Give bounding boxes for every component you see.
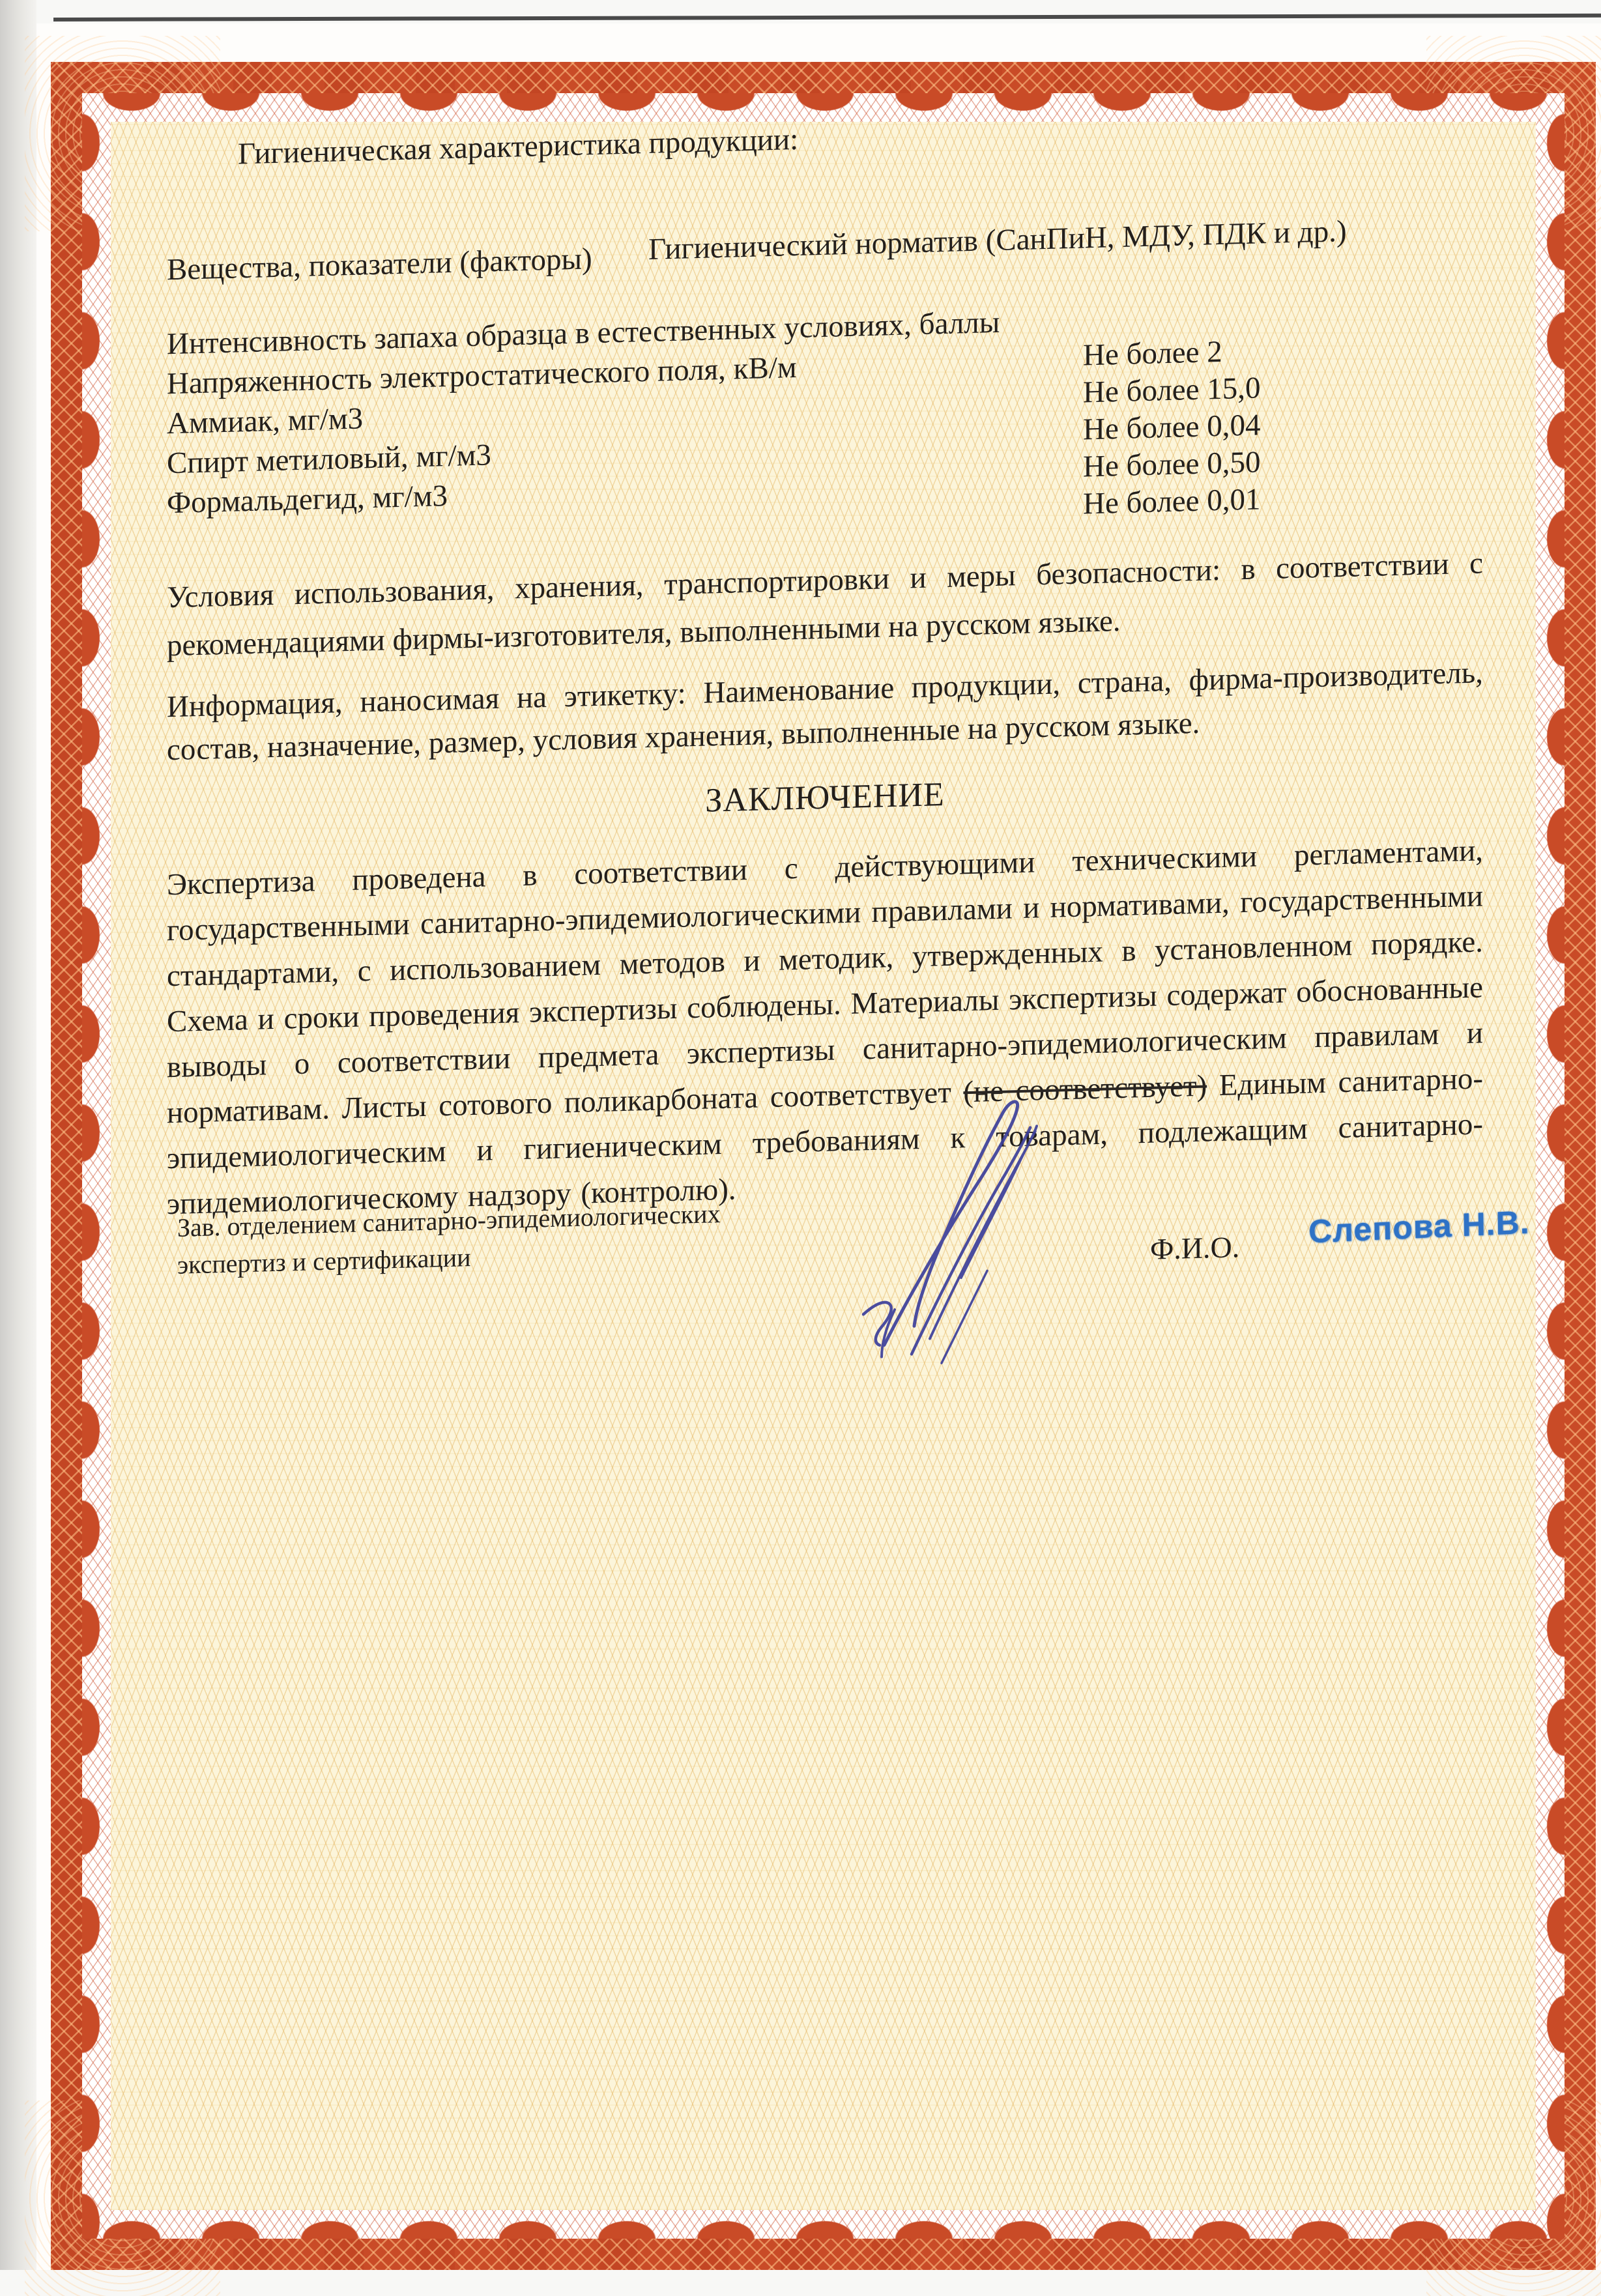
conclusion-paragraph: Экспертиза проведена в соответствии с де…: [167, 827, 1483, 1227]
norm-value: Не более 2: [1083, 332, 1261, 374]
printed-content: Гигиеническая характеристика продукции: …: [0, 0, 1601, 2270]
page-title: Гигиеническая характеристика продукции:: [238, 119, 798, 175]
table-header-norms: Гигиенический норматив (СанПиН, МДУ, ПДК…: [648, 211, 1347, 270]
conclusion-heading: ЗАКЛЮЧЕНИЕ: [167, 758, 1483, 838]
norms-list: Не более 2 Не более 15,0 Не более 0,04 Н…: [1083, 332, 1261, 523]
norm-value: Не более 0,04: [1083, 407, 1261, 448]
name-stamp: Слепова Н.В.: [1308, 1201, 1530, 1254]
paragraph-usage-conditions: Условия использования, хранения, транспо…: [167, 539, 1483, 670]
signature-position-label: Зав. отделением санитарно-эпидемиологиче…: [177, 1193, 790, 1284]
norm-value: Не более 0,50: [1083, 444, 1261, 485]
factors-list: Интенсивность запаха образца в естествен…: [167, 302, 1033, 523]
signature-ink: [844, 1078, 1118, 1379]
scanned-certificate: Гигиеническая характеристика продукции: …: [0, 0, 1601, 2270]
table-header-factors: Вещества, показатели (факторы): [167, 238, 592, 290]
norm-value: Не более 15,0: [1083, 369, 1261, 411]
fio-label: Ф.И.О.: [1150, 1227, 1239, 1269]
paragraph-label-info: Информация, наносимая на этикетку: Наиме…: [167, 651, 1483, 771]
norm-value: Не более 0,01: [1083, 481, 1261, 523]
